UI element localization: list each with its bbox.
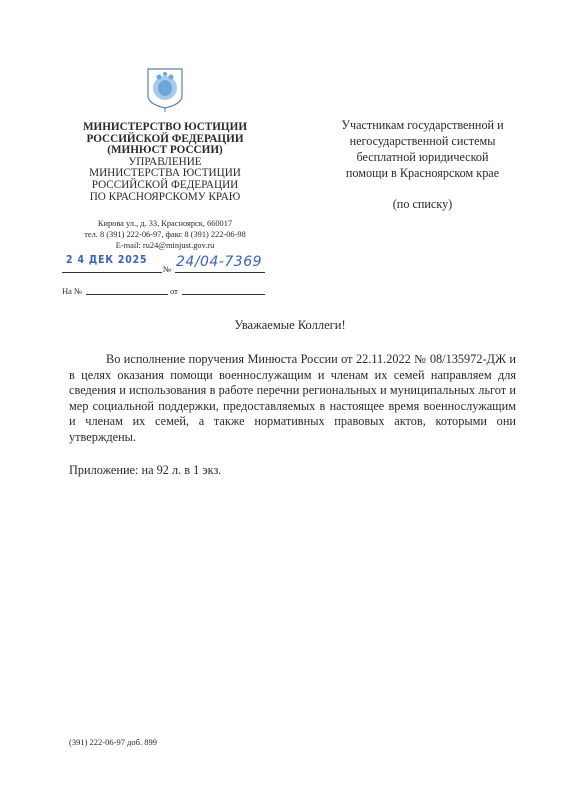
recipient-line: бесплатной юридической xyxy=(300,149,545,165)
sender-address: Кирова ул., д. 33, Красноярск, 660017 xyxy=(70,219,260,230)
org-department-line: РОССИЙСКОЙ ФЕДЕРАЦИИ xyxy=(70,180,260,192)
registration-number: 24/04-7369 xyxy=(176,254,262,270)
number-label: № xyxy=(163,264,171,274)
letter-body: Во исполнение поручения Минюста России о… xyxy=(69,352,516,446)
sender-email: E-mail: ru24@minjust.gov.ru xyxy=(70,241,260,252)
coat-of-arms-emblem-icon xyxy=(145,66,185,112)
sender-organization: МИНИСТЕРСТВО ЮСТИЦИИ РОССИЙСКОЙ ФЕДЕРАЦИ… xyxy=(70,122,260,203)
letter-greeting: Уважаемые Коллеги! xyxy=(60,318,520,333)
sender-phones: тел. 8 (391) 222-06-97, факс 8 (391) 222… xyxy=(70,230,260,241)
date-stamp: 2 4 ДЕК 2025 xyxy=(66,253,147,266)
recipient-line: негосударственной системы xyxy=(300,133,545,149)
org-department-line: ПО КРАСНОЯРСКОМУ КРАЮ xyxy=(70,192,260,204)
reply-number-line xyxy=(86,294,168,295)
footer-contact: (391) 222-06-97 доб. 899 xyxy=(69,737,157,747)
recipient-line: Участникам государственной и xyxy=(300,117,545,133)
number-line xyxy=(175,272,265,273)
reply-date-line xyxy=(182,294,265,295)
org-name-line: МИНИСТЕРСТВО ЮСТИЦИИ xyxy=(70,122,260,134)
date-line xyxy=(62,272,162,273)
recipient-line: помощи в Красноярском крае xyxy=(300,165,545,181)
sender-contacts: Кирова ул., д. 33, Красноярск, 660017 те… xyxy=(70,219,260,251)
recipient-note: (по списку) xyxy=(300,197,545,212)
from-label: от xyxy=(170,286,178,296)
letter-appendix: Приложение: на 92 л. в 1 экз. xyxy=(69,463,221,478)
recipient-block: Участникам государственной и негосударст… xyxy=(300,117,545,181)
reply-to-label: На № xyxy=(62,286,82,296)
